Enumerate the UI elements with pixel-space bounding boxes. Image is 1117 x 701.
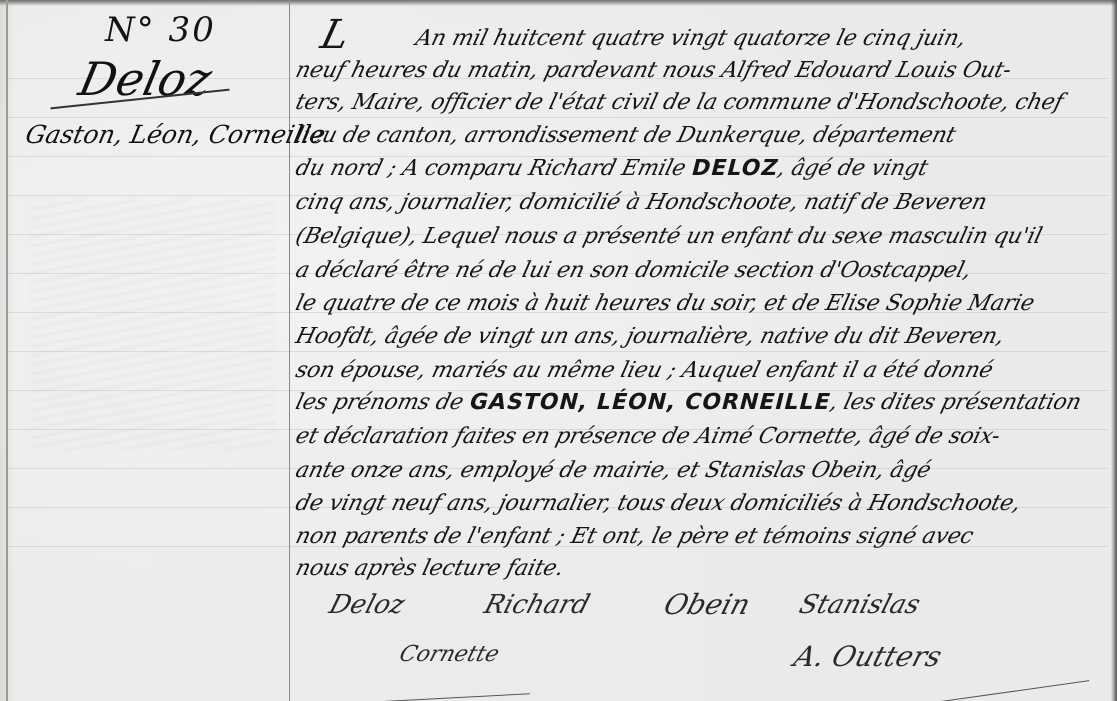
record-line-13: et déclaration faites en présence de Aim…: [293, 424, 1003, 449]
record-line-2: neuf heures du matin, pardevant nous Alf…: [293, 58, 1014, 83]
record-line-text: , les dites présentation: [827, 390, 1083, 415]
record-line-7: (Belgique), Lequel nous a présenté un en…: [293, 224, 1045, 249]
signature-father-surname: Deloz: [326, 590, 409, 620]
record-line-12: les prénoms de GASTON, LÉON, CORNEILLE, …: [293, 390, 1084, 415]
record-line-5: du nord ; A comparu Richard Emile DELOZ,…: [293, 156, 930, 181]
signature-witness-obein: Obein: [660, 588, 754, 621]
record-line-text: , âgé de vingt: [775, 156, 930, 181]
record-line-10: Hoofdt, âgée de vingt un ans, journalièr…: [293, 324, 1007, 349]
record-line-17: nous après lecture faite.: [293, 556, 566, 581]
page-edge-right: [1111, 0, 1117, 701]
record-line-14: ante onze ans, employé de mairie, et Sta…: [293, 458, 933, 483]
margin-rule: [289, 0, 290, 701]
record-line-6: cinq ans, journalier, domicilié à Hondsc…: [293, 190, 989, 215]
child-names-bold: GASTON, LÉON, CORNEILLE: [467, 390, 834, 415]
record-line-9: le quatre de ce mois à huit heures du so…: [293, 291, 1037, 316]
record-line-4: lieu de canton, arrondissement de Dunker…: [293, 123, 958, 148]
record-line-15: de vingt neuf ans, journalier, tous deux…: [293, 491, 1023, 516]
signature-witness-cornette: Cornette: [396, 642, 502, 667]
left-margin: N° 30 Deloz Gaston, Léon, Corneille: [10, 0, 288, 701]
signatures-block: Deloz Richard Obein Stanislas Cornette A…: [300, 580, 1100, 700]
signature-witness-stanislas: Stanislas: [796, 590, 924, 620]
entry-number-text: N° 30: [105, 10, 216, 50]
record-line-11: son épouse, mariés au même lieu ; Auquel…: [293, 358, 995, 383]
record-line-text: les prénoms de: [293, 390, 473, 415]
record-line-16: non parents de l'enfant ; Et ont, le pèr…: [293, 524, 976, 549]
entry-number: N° 30: [105, 10, 216, 50]
signature-father-given: Richard: [481, 590, 593, 620]
record-line-1: L An mil huitcent quatre vingt quatorze …: [413, 26, 968, 51]
signature-underline: [350, 693, 530, 701]
father-surname-bold: DELOZ: [689, 156, 781, 181]
signature-mayor: A. Outters: [790, 640, 945, 673]
register-page: N° 30 Deloz Gaston, Léon, Corneille L An…: [0, 0, 1117, 701]
margin-given-names: Gaston, Léon, Corneille: [23, 120, 328, 149]
signature-underline: [921, 680, 1089, 701]
record-line-text: du nord ; A comparu Richard Emile: [293, 156, 695, 181]
record-line-text: An mil huitcent quatre vingt quatorze le…: [413, 26, 968, 51]
record-line-8: a déclaré être né de lui en son domicile…: [293, 258, 974, 283]
record-line-3: ters, Maire, officier de l'état civil de…: [293, 90, 1066, 115]
